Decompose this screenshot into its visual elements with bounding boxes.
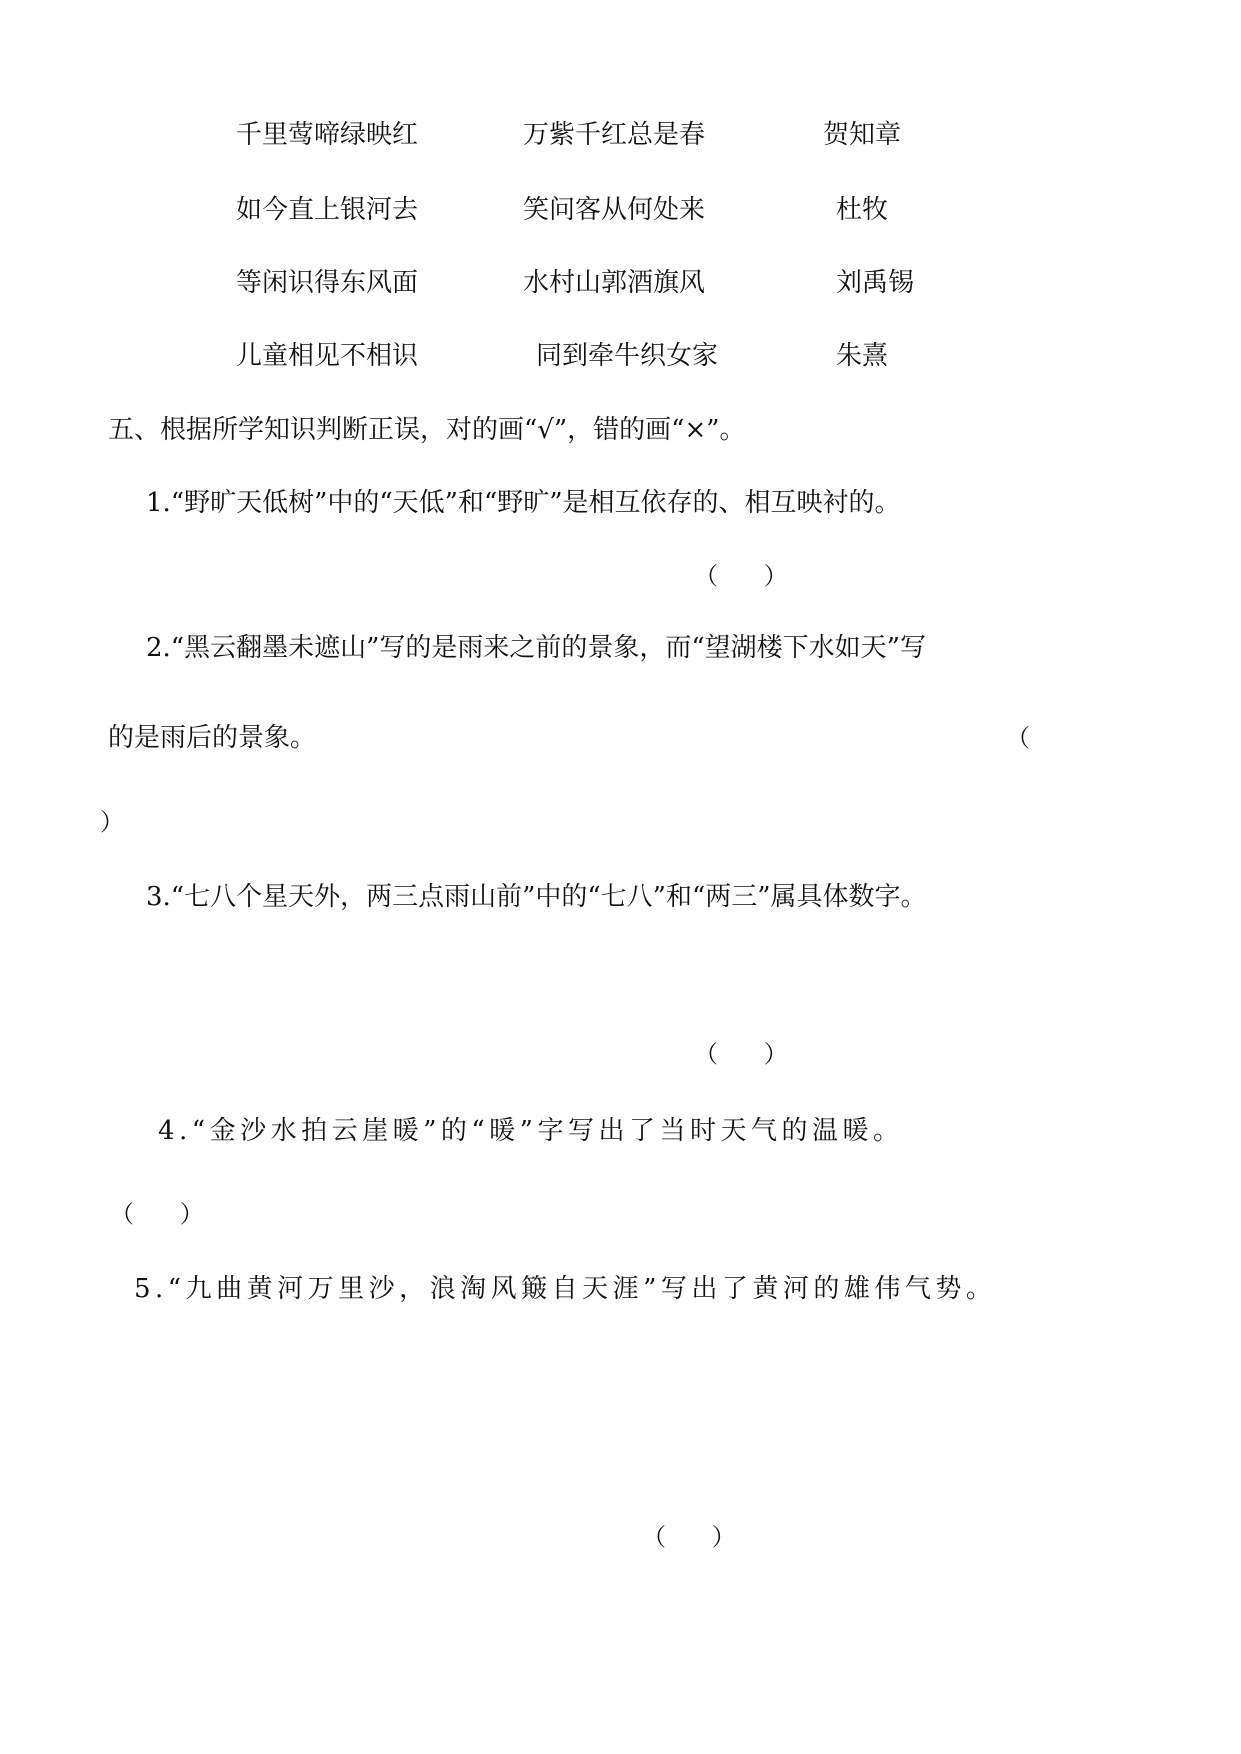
- question-2-text-line-1: 2.“黑云翻墨未遮山”写的是雨来之前的景象，而“望湖楼下水如天”写: [146, 632, 926, 664]
- question-5-text: 5.“九曲黄河万里沙，浪淘风簸自天涯”写出了黄河的雄伟气势。: [134, 1273, 996, 1305]
- poem-line-3-1: 等闲识得东风面: [236, 267, 418, 299]
- poem-line-2-1: 如今直上银河去: [236, 194, 418, 226]
- question-2-text-line-2: 的是雨后的景象。: [108, 722, 316, 754]
- poem-author-2: 杜牧: [836, 194, 888, 226]
- section-5-heading: 五、根据所学知识判断正误，对的画“√”，错的画“×”。: [108, 414, 746, 446]
- question-1-text: 1.“野旷天低树”中的“天低”和“野旷”是相互依存的、相互映衬的。: [146, 487, 901, 519]
- poem-line-1-1: 千里莺啼绿映红: [236, 119, 418, 151]
- poem-line-1-2: 万紫千红总是春: [523, 119, 705, 151]
- poem-line-3-2: 水村山郭酒旗风: [523, 267, 705, 299]
- poem-author-3: 刘禹锡: [836, 267, 914, 299]
- poem-line-4-2: 同到牵牛织女家: [536, 340, 718, 372]
- question-3-text: 3.“七八个星天外，两三点雨山前”中的“七八”和“两三”属具体数字。: [146, 881, 927, 913]
- question-1-answer-blank[interactable]: （ ）: [694, 560, 788, 592]
- question-2-answer-open[interactable]: （: [1006, 722, 1030, 754]
- question-2-answer-close[interactable]: ）: [100, 806, 124, 838]
- poem-line-4-1: 儿童相见不相识: [236, 340, 418, 372]
- question-4-text: 4.“金沙水拍云崖暖”的“暖”字写出了当时天气的温暖。: [158, 1115, 903, 1147]
- question-5-answer-blank[interactable]: （ ）: [642, 1521, 736, 1553]
- question-4-answer-blank[interactable]: （ ）: [110, 1198, 204, 1230]
- poem-author-4: 朱熹: [836, 340, 888, 372]
- worksheet-page: 千里莺啼绿映红 万紫千红总是春 贺知章 如今直上银河去 笑问客从何处来 杜牧 等…: [0, 0, 1241, 1754]
- poem-line-2-2: 笑问客从何处来: [523, 194, 705, 226]
- question-3-answer-blank[interactable]: （ ）: [694, 1038, 788, 1070]
- poem-author-1: 贺知章: [823, 119, 901, 151]
